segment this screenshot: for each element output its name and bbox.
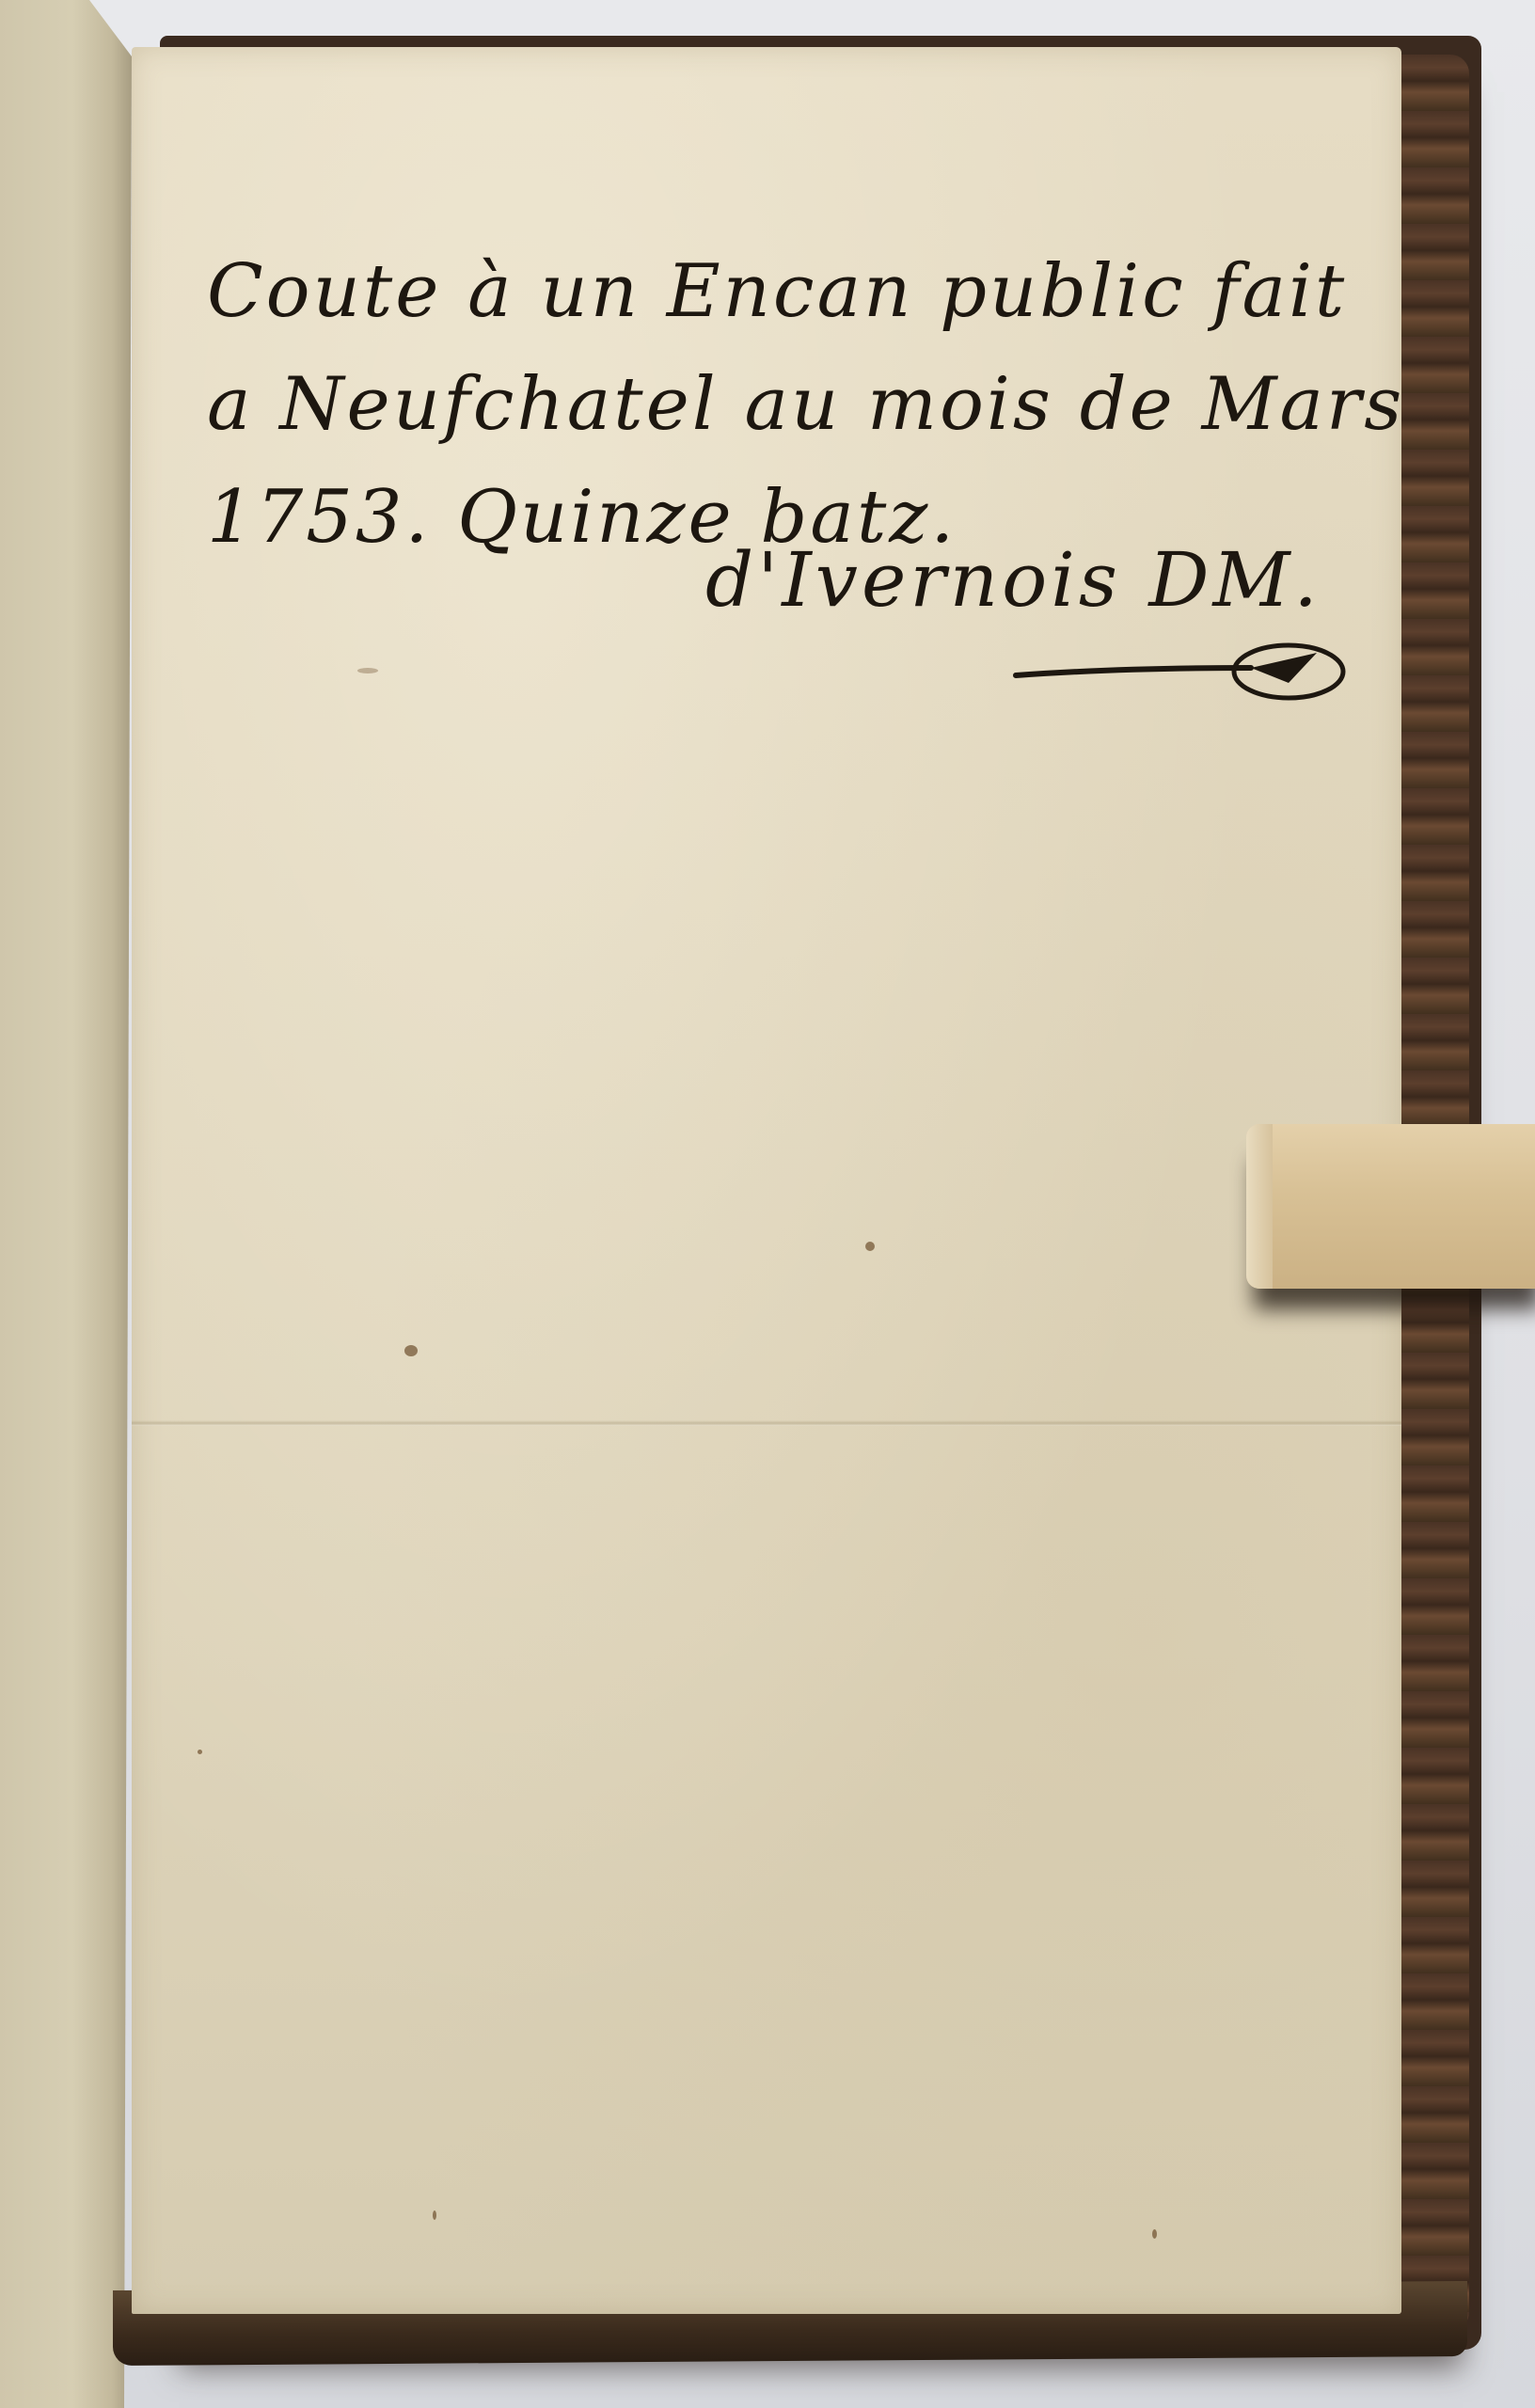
wooden-page-clip xyxy=(1246,1124,1535,1289)
foxing-spot xyxy=(433,2210,436,2220)
foxing-spot xyxy=(404,1345,418,1356)
foxing-spot xyxy=(357,668,378,673)
inscription-line-2: a Neufchatel au mois de Mars xyxy=(207,348,1392,461)
inscription-line-1: Coute à un Encan public fait xyxy=(207,235,1392,348)
wooden-clip-end xyxy=(1246,1124,1273,1289)
left-facing-page xyxy=(0,0,132,2408)
handwritten-inscription: Coute à un Encan public fait a Neufchate… xyxy=(207,235,1392,574)
signature-flourish-icon xyxy=(1006,630,1364,705)
page-crease xyxy=(132,1420,1401,1426)
foxing-spot xyxy=(865,1242,875,1251)
foxing-spot xyxy=(198,1750,202,1754)
signature: d'Ivernois DM. xyxy=(705,536,1321,624)
foxing-spot xyxy=(1152,2229,1157,2239)
endpaper-page: Coute à un Encan public fait a Neufchate… xyxy=(132,47,1401,2314)
